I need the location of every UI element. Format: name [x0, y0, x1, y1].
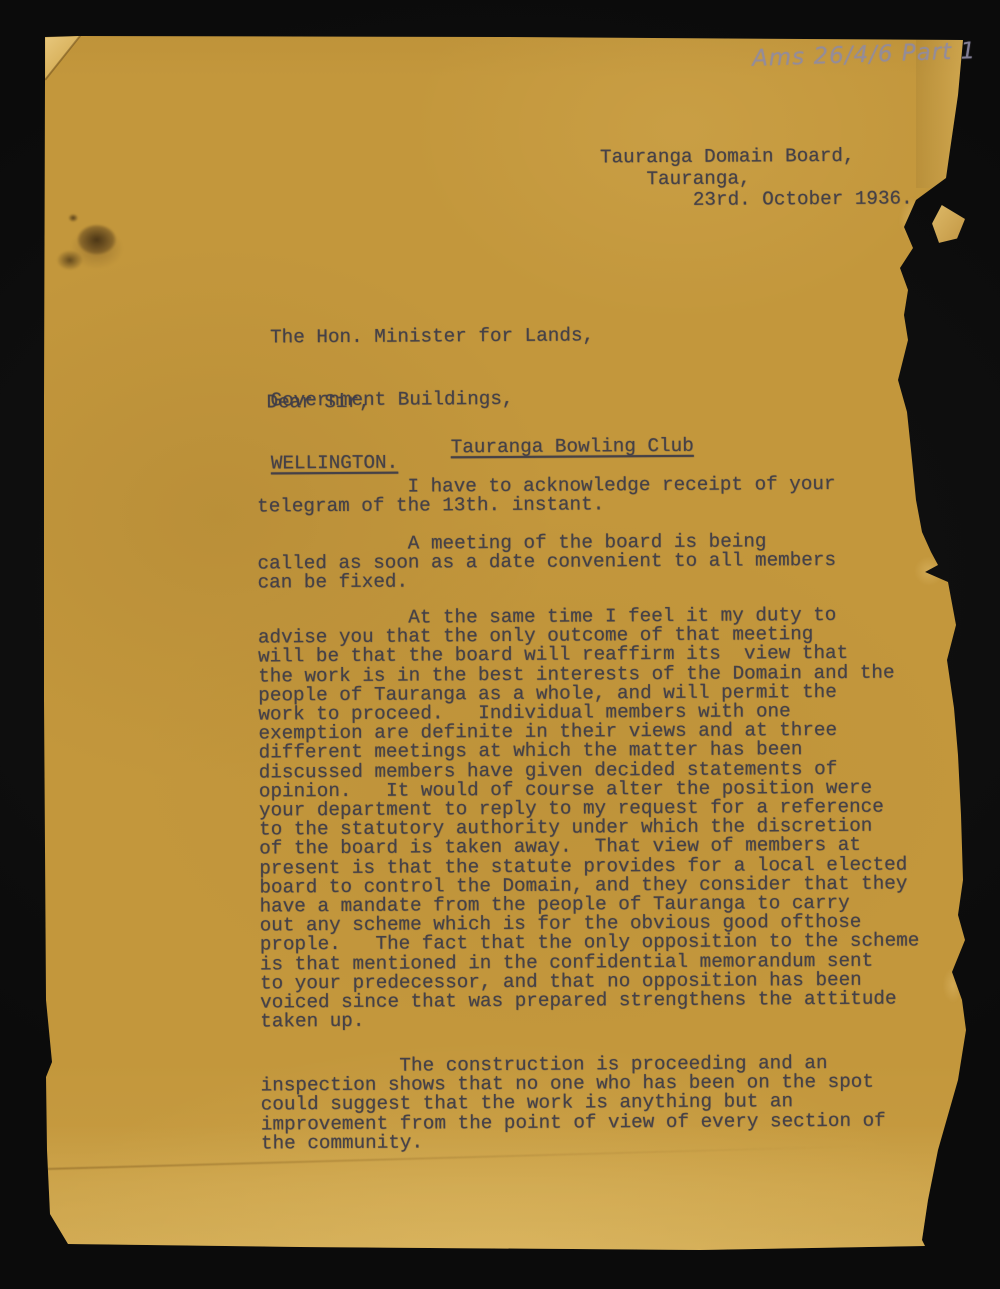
subject-line: Tauranga Bowling Club: [451, 435, 694, 458]
recipient-line-1: The Hon. Minister for Lands,: [270, 325, 594, 348]
paragraph-1: I have to acknowledge receipt of your te…: [257, 475, 836, 517]
typed-text-layer: Tauranga Domain Board, Tauranga, 23rd. O…: [0, 0, 1000, 1289]
photo-background: Tauranga Domain Board, Tauranga, 23rd. O…: [0, 0, 1000, 1289]
letter-page: Tauranga Domain Board, Tauranga, 23rd. O…: [0, 0, 1000, 1289]
salutation: Dear Sir,: [266, 391, 370, 414]
paragraph-3: At the same time I feel it my duty to ad…: [258, 605, 920, 1031]
torn-paper-flap: [930, 204, 967, 246]
paragraph-4: The construction is proceeding and an in…: [260, 1054, 885, 1154]
sender-block: Tauranga Domain Board, Tauranga, 23rd. O…: [600, 145, 913, 211]
paragraph-2: A meeting of the board is being called a…: [257, 532, 836, 593]
